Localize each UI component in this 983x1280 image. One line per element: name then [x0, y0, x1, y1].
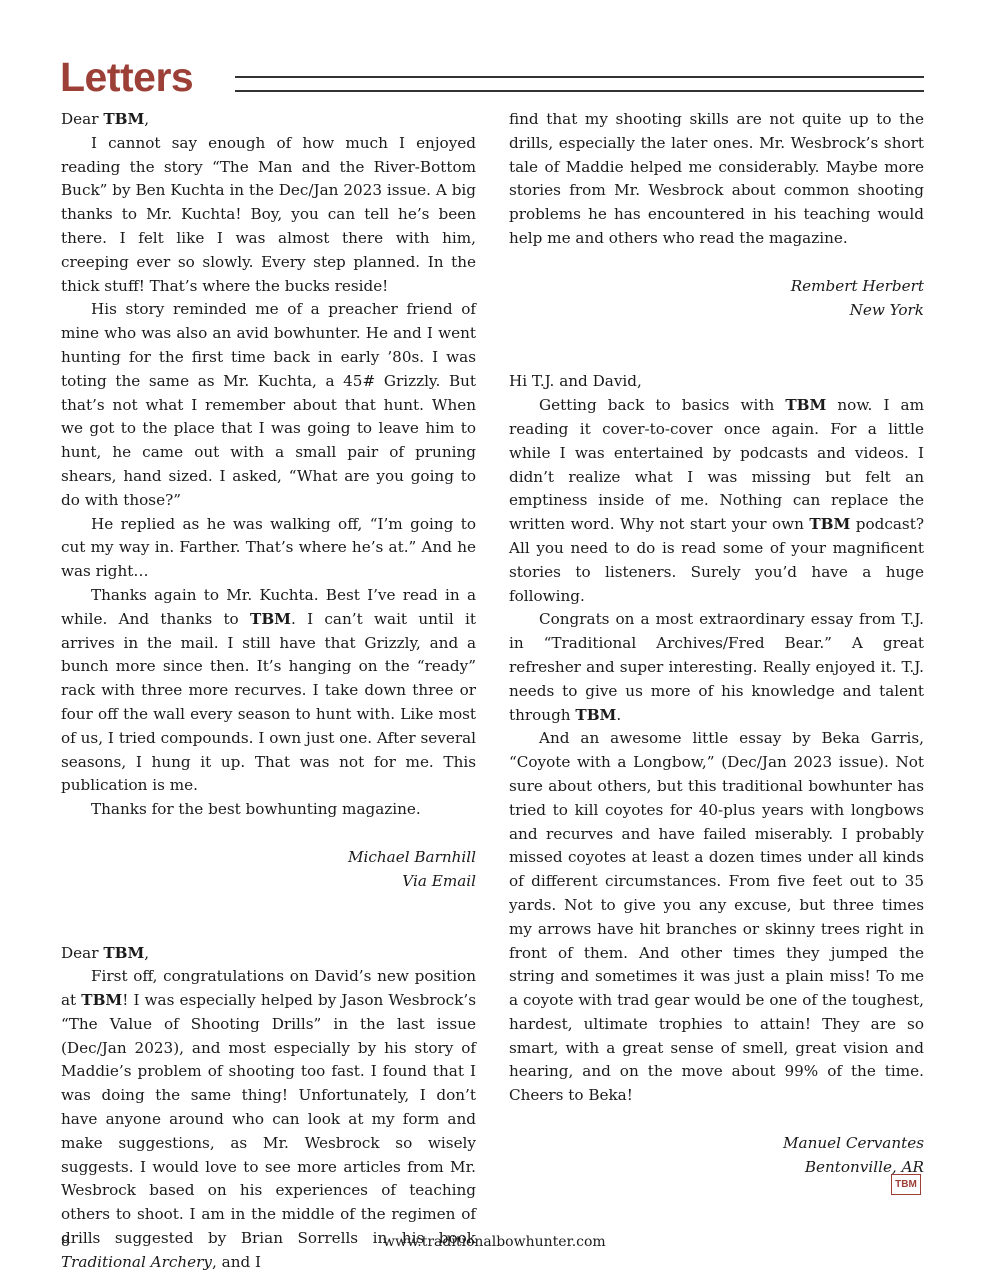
- letter-paragraph: And an awesome little essay by Beka Garr…: [509, 727, 924, 1108]
- letter-3: Hi T.J. and David, Getting back to basic…: [509, 370, 924, 1179]
- letter-2: Dear TBM, First off, congratulations on …: [61, 942, 476, 1275]
- section-title: Letters: [60, 52, 193, 102]
- signature-location: Bentonville, AR: [509, 1156, 924, 1180]
- page-number: 8: [61, 1234, 70, 1250]
- letter-2-continued: find that my shooting skills are not qui…: [509, 108, 924, 322]
- signature-location: Via Email: [61, 870, 476, 894]
- letter-paragraph: Getting back to basics with TBM now. I a…: [509, 394, 924, 608]
- signature-name: Rembert Herbert: [509, 275, 924, 299]
- column-left: Dear TBM, I cannot say enough of how muc…: [61, 108, 476, 1275]
- column-right: find that my shooting skills are not qui…: [509, 108, 924, 1180]
- letter-paragraph: First off, congratulations on David’s ne…: [61, 965, 476, 1274]
- letter-paragraph: Thanks again to Mr. Kuchta. Best I’ve re…: [61, 584, 476, 798]
- letter-paragraph: Thanks for the best bowhunting magazine.: [61, 798, 476, 822]
- header-rule-bottom: [235, 90, 924, 92]
- signature-name: Michael Barnhill: [61, 846, 476, 870]
- signature-name: Manuel Cervantes: [509, 1132, 924, 1156]
- signature-location: New York: [509, 299, 924, 323]
- letter-1: Dear TBM, I cannot say enough of how muc…: [61, 108, 476, 894]
- footer-url: www.traditionalbowhunter.com: [383, 1234, 606, 1250]
- header-rule-top: [235, 76, 924, 78]
- page-header: Letters: [60, 52, 924, 102]
- salutation: Dear TBM,: [61, 108, 476, 132]
- salutation: Hi T.J. and David,: [509, 370, 924, 394]
- letter-paragraph: His story reminded me of a preacher frie…: [61, 298, 476, 512]
- tbm-end-mark-icon: TBM: [891, 1174, 921, 1195]
- letter-paragraph: I cannot say enough of how much I enjoye…: [61, 132, 476, 299]
- letter-paragraph: He replied as he was walking off, “I’m g…: [61, 513, 476, 584]
- letter-paragraph: Congrats on a most extraordinary essay f…: [509, 608, 924, 727]
- salutation: Dear TBM,: [61, 942, 476, 966]
- letter-paragraph: find that my shooting skills are not qui…: [509, 108, 924, 251]
